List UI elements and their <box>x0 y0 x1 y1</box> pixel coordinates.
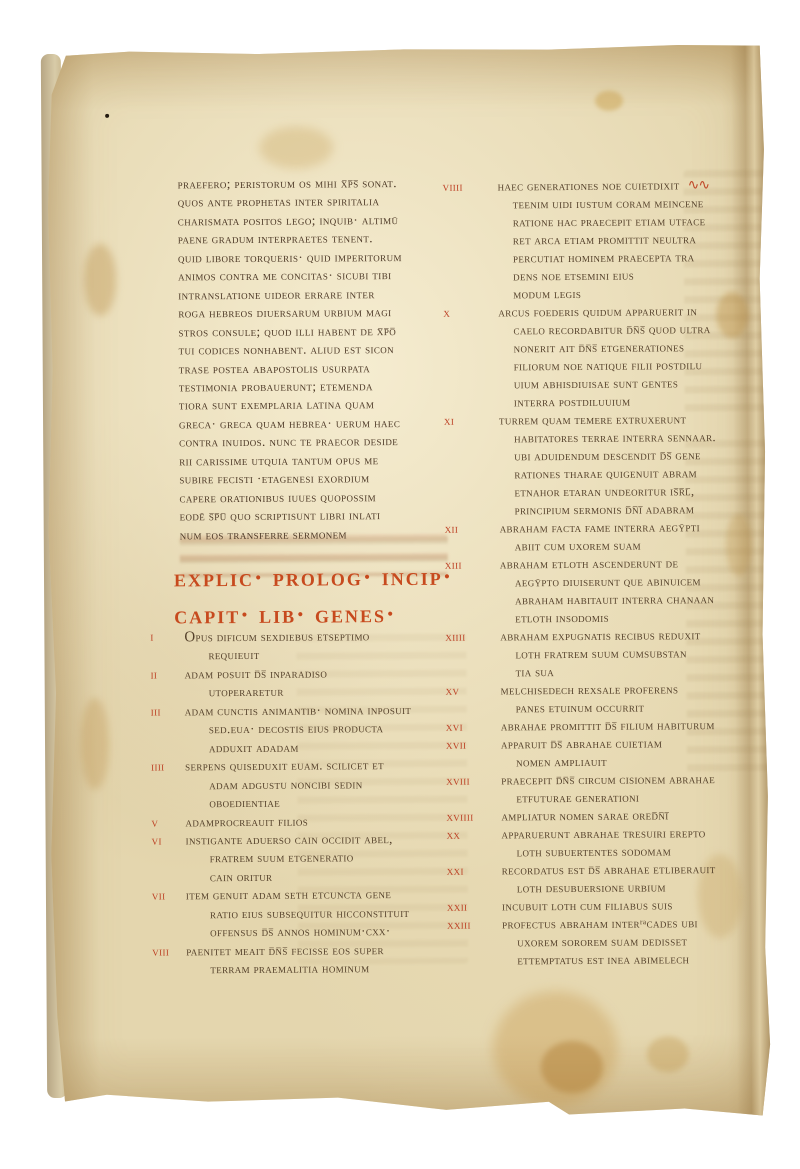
manuscript-page: praefero; peristorum os mihi x̅p̅s̅ sona… <box>43 42 772 1124</box>
text-line: ubi aduidendum descendit d̅s̅ gene <box>499 446 774 466</box>
chapter-entry: xiiiiabraham expugnatis recibus reduxitl… <box>445 626 775 682</box>
text-line: greca· greca quam hebrea· uerum haec <box>179 413 479 433</box>
chapter-entry: xarcus foederis quidum apparuerit incael… <box>443 302 774 412</box>
chapter-entry: viiipaenitet meait d̅n̅s̅ fecisse eos su… <box>152 940 492 979</box>
chapter-numeral: viiii <box>443 177 498 195</box>
text-line: interra postdiluuium <box>499 392 774 412</box>
text-line: habitatores terrae interra sennaar. <box>499 428 774 448</box>
text-line: ratione hac praecepit etiam utface <box>498 212 773 232</box>
text-line: nomen ampliauit <box>501 752 776 772</box>
text-line: loth fratrem suum cumsubstan <box>500 644 775 664</box>
chapter-entry: xiiabraham facta fame interra aegȳptiabi… <box>445 518 775 556</box>
red-flourish-icon: ∿∿ <box>688 177 710 193</box>
text-line: apparuerunt abrahae tresuiri erepto <box>501 824 776 844</box>
text-line: dens noe etsemini eius <box>498 266 773 286</box>
text-line: roga hebreos diuersarum urbium magi <box>178 303 478 323</box>
parchment-stain <box>595 91 623 111</box>
chapter-text: abraham expugnatis recibus reduxitloth f… <box>500 626 775 682</box>
text-line: apparuit d̅s̅ abrahae cuietiam <box>501 734 776 754</box>
chapter-entry: xiiiabraham etloth ascenderunt deaegȳpto… <box>445 554 775 628</box>
chapter-text: ampliatur nomen sarae ored̅n̅i̅ <box>501 806 776 826</box>
chapter-numeral: iii <box>151 702 185 721</box>
chapter-entry: xxiiincubuit loth cum filiabus suis <box>447 896 777 916</box>
text-line: aegȳpto diuiserunt que abinuicem <box>500 572 775 592</box>
chapter-numeral: xxii <box>447 897 502 915</box>
text-line: arcus foederis quidum apparuerit in <box>498 302 773 322</box>
chapter-entry: xviiipraecepit d̅n̅s̅ circum cisionem ab… <box>446 770 776 808</box>
text-line: capere orationibus iuues quopossim <box>179 487 479 507</box>
text-line: abraham habitauit interra chanaan <box>500 590 775 610</box>
chapter-entry: xvmelchisedech rexsale proferenspanes et… <box>446 680 776 718</box>
prologue-text-block: praefero; peristorum os mihi x̅p̅s̅ sona… <box>178 174 480 545</box>
chapter-text: apparuerunt abrahae tresuiri ereptoloth … <box>501 824 776 862</box>
text-line: incubuit loth cum filiabus suis <box>502 896 777 916</box>
chapter-numeral: xviiii <box>446 807 501 825</box>
text-line: quid libore torqueris· quid imperitorum <box>178 247 478 267</box>
text-line: principium sermonis d̅n̅i̅ adabram <box>500 500 775 520</box>
text-line: loth desubuersione urbium <box>502 878 777 898</box>
text-line: rationes tharae quigenuit abram <box>499 464 774 484</box>
text-line: nonerit ait d̅n̅s̅ etgenerationes <box>499 338 774 358</box>
chapter-entry: xviabrahae promittit d̅s̅ filium habitur… <box>446 716 776 736</box>
ink-dot <box>105 114 109 118</box>
chapter-text: haec generationes noe cuietdixit∿∿teenim… <box>498 176 774 304</box>
text-line: rii carissime utquia tantum opus me <box>179 450 479 470</box>
chapter-numeral: xii <box>445 519 500 537</box>
chapter-numeral: xiii <box>445 555 500 573</box>
text-line: abraham facta fame interra aegȳpti <box>500 518 775 538</box>
chapter-entry: iiadam posuit d̅s̅ inparadisoutoperaretu… <box>150 663 490 702</box>
text-line: ret arca etiam promittit neultra <box>498 230 773 250</box>
text-line: uium abhisdiuisae sunt gentes <box>499 374 774 394</box>
chapter-numeral: xxiii <box>447 915 502 933</box>
chapter-entry: iiiiserpens quiseduxit euam. scilicet et… <box>151 756 491 813</box>
chapter-numeral: ii <box>150 665 184 684</box>
text-line: intranslatione uideor errare inter <box>178 284 478 304</box>
chapter-numeral: vi <box>152 831 186 850</box>
chapter-numeral: xxi <box>447 861 502 879</box>
text-line: abraham etloth ascenderunt de <box>500 554 775 574</box>
text-line: modum legis <box>498 284 773 304</box>
text-line: quos ante prophetas inter spiritalia <box>178 192 478 212</box>
text-line: tui codices nonhabent. aliud est sicon <box>179 340 479 360</box>
chapter-entry: viiitem genuit adam seth etcuncta genera… <box>152 885 492 942</box>
chapter-text: abrahae promittit d̅s̅ filium habiturum <box>501 716 776 736</box>
enlarged-initial: o <box>184 623 195 646</box>
text-line: praefero; peristorum os mihi x̅p̅s̅ sona… <box>178 174 478 194</box>
text-line: haec generationes noe cuietdixit∿∿ <box>498 176 773 196</box>
chapter-entry: iiiadam cunctis animantib· nomina inposu… <box>151 700 491 757</box>
text-line: abraham expugnatis recibus reduxit <box>500 626 775 646</box>
text-line: contra inuidos. nunc te praecor deside <box>179 432 479 452</box>
parchment-stain <box>541 1041 603 1093</box>
chapter-entry: vadamprocreauit filios <box>151 811 491 832</box>
chapter-numeral: xiiii <box>445 627 500 645</box>
chapter-numeral: xvi <box>446 717 501 735</box>
chapter-numeral: xv <box>446 681 501 699</box>
text-line: filiorum noe natique filii postdilu <box>499 356 774 376</box>
chapter-text: incubuit loth cum filiabus suis <box>502 896 777 916</box>
text-line: profectus abraham interʳᵃcades ubi <box>502 914 777 934</box>
chapter-numeral: iiii <box>151 758 185 777</box>
chapter-numeral: xx <box>446 825 501 843</box>
chapter-numeral: xvii <box>446 735 501 753</box>
chapter-numeral: viii <box>152 942 186 961</box>
text-line: testimonia probauerunt; etemenda <box>179 377 479 397</box>
chapter-entry: xxirecordatus est d̅s̅ abrahae etliberau… <box>447 860 777 898</box>
text-line: etloth insodomis <box>500 608 775 628</box>
text-line: ampliatur nomen sarae ored̅n̅i̅ <box>501 806 776 826</box>
text-line: loth subuertentes sodomam <box>502 842 777 862</box>
chapter-entry: iopus dificum sexdiebus etseptimorequieu… <box>150 625 490 665</box>
chapter-numeral: x <box>443 303 498 321</box>
text-line: etnahor etaran undeoritur is̅r̅l̅, <box>499 482 774 502</box>
chapter-entry: xviiapparuit d̅s̅ abrahae cuietiamnomen … <box>446 734 776 772</box>
text-line: panes etuinum occurrit <box>501 698 776 718</box>
chapter-numeral: xi <box>444 411 499 429</box>
chapter-text: melchisedech rexsale proferenspanes etui… <box>501 680 776 718</box>
text-line: paene gradum interpraetes tenent. <box>178 229 478 249</box>
chapter-entry: viinstigante aduerso cain occidit abel,f… <box>152 829 492 886</box>
chapter-entry: viiiihaec generationes noe cuietdixit∿∿t… <box>443 176 774 304</box>
chapter-entry: xiturrem quam temere extruxerunthabitato… <box>444 410 775 520</box>
text-line: praecepit d̅n̅s̅ circum cisionem abrahae <box>501 770 776 790</box>
chapter-text: recordatus est d̅s̅ abrahae etliberauitl… <box>502 860 777 898</box>
text-line: tiora sunt exemplaria latina quam <box>179 395 479 415</box>
chapter-text: abraham facta fame interra aegȳptiabiit … <box>500 518 775 556</box>
text-line: recordatus est d̅s̅ abrahae etliberauit <box>502 860 777 880</box>
chapter-text: abraham etloth ascenderunt deaegȳpto diu… <box>500 554 775 628</box>
parchment-stain <box>81 698 110 790</box>
chapter-numeral: v <box>151 813 185 832</box>
chapter-numeral: i <box>150 627 184 646</box>
chapter-entry: xviiiiampliatur nomen sarae ored̅n̅i̅ <box>446 806 776 826</box>
chapter-list-left: iopus dificum sexdiebus etseptimorequieu… <box>150 625 492 979</box>
text-line: turrem quam temere extruxerunt <box>499 410 774 430</box>
text-line: melchisedech rexsale proferens <box>501 680 776 700</box>
parchment-stain <box>647 1036 689 1072</box>
chapter-numeral: xviii <box>446 771 501 789</box>
text-line: ettemptatus est inea abimelech <box>502 950 777 970</box>
chapter-text: praecepit d̅n̅s̅ circum cisionem abrahae… <box>501 770 776 808</box>
text-line: abrahae promittit d̅s̅ filium habiturum <box>501 716 776 736</box>
text-line: abiit cum uxorem suam <box>500 536 775 556</box>
parchment-stain <box>84 244 116 316</box>
text-line: animos contra me concitas· sicubi tibi <box>178 266 478 286</box>
chapter-text: arcus foederis quidum apparuerit incaelo… <box>498 302 774 412</box>
text-line: trase postea abapostolis usurpata <box>179 358 479 378</box>
chapter-entry: xxiiiprofectus abraham interʳᵃcades ubiu… <box>447 914 777 970</box>
text-line: num eos transferre sermonem <box>180 524 480 544</box>
text-line: percutiat hominem praecepta tra <box>498 248 773 268</box>
chapter-text: profectus abraham interʳᵃcades ubiuxorem… <box>502 914 777 970</box>
parchment-stain <box>259 126 333 168</box>
text-line: etfuturae generationi <box>501 788 776 808</box>
chapter-entry: xxapparuerunt abrahae tresuiri ereptolot… <box>446 824 776 862</box>
chapter-list-right: viiiihaec generationes noe cuietdixit∿∿t… <box>443 176 778 970</box>
text-line: caelo recordabitur d̅n̅s̅ quod ultra <box>498 320 773 340</box>
text-line: eodē s̅p̅u̅ quo scriptisunt libri inlati <box>180 506 480 526</box>
text-line: teenim uidi iustum coram meincene <box>498 194 773 214</box>
text-line: uxorem sororem suam dedisset <box>502 932 777 952</box>
parchment-stain <box>492 991 618 1107</box>
text-line: subire fecisti ·etagenesi exordium <box>179 469 479 489</box>
text-line: charismata positos lego; inquib· altimū <box>178 210 478 230</box>
text-line: tia sua <box>500 662 775 682</box>
chapter-text: apparuit d̅s̅ abrahae cuietiamnomen ampl… <box>501 734 776 772</box>
text-line: stros consule; quod illi habent de x̅p̅o… <box>178 321 478 341</box>
chapter-text: turrem quam temere extruxerunthabitatore… <box>499 410 775 520</box>
chapter-numeral: vii <box>152 887 186 906</box>
